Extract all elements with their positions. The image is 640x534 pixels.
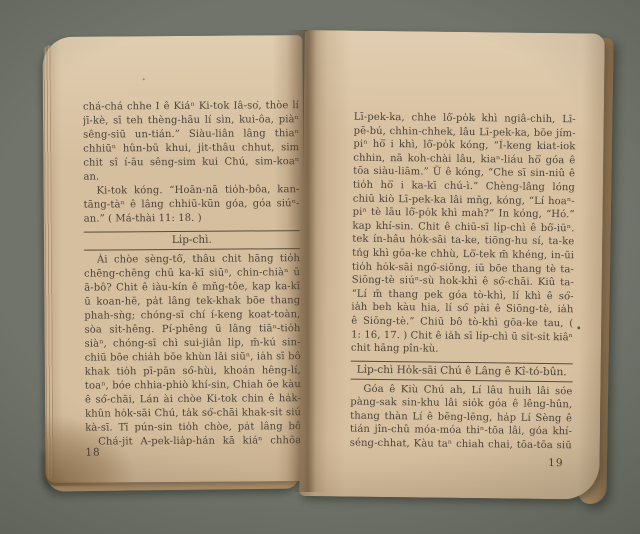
text-line: khûn ho̍k-sāi Chú, ta̍k só͘-chāi khak-si… [85,406,301,422]
text-line: toaⁿ, bóe chhia-phiò khí-sin, Chiah ōe k… [85,378,301,394]
page-number-right: 19 [548,457,564,469]
text-line: chiū bōe chia̍h bōe khùn lâi siūⁿ, ia̍h … [85,350,301,366]
section-heading: Li̍p-chì. [84,230,300,251]
text-line: Ài chòe sèng-tô͘, thâu chit hāng tio̍h l… [84,252,300,268]
page-speck [143,78,145,80]
text-line: chit sî í-āu sêng-sim kui Chú, sim-koaⁿ … [83,155,299,171]
text-line: ā-bô? Chit ê iàu-kín ê mn̄g-tôe, kap ka-… [84,280,300,296]
text-line: ū koan-hē, pa̍t lâng tek-khak bōe thang … [84,294,300,310]
text-line: phah-sǹg; chóng-sī chí í-keng koat-toàn,… [84,308,300,324]
text-line: an. [83,169,299,185]
text-line: chá-chá chhe I ê Kiáⁿ Ki-tok Iâ-so͘, thò… [83,99,299,115]
text-line: séng-chhat, Kàu taⁿ chiah chai, tōa-tōa … [350,437,572,453]
text-line: sòa si̍t-hêng. Pí-phēng ū lâng tiāⁿ-tio̍… [84,322,300,338]
text-line: kà-sī. Tī pún-sin tio̍h chòe, pa̍t lâng … [85,420,301,436]
left-page-text: chá-chá chhe I ê Kiáⁿ Ki-tok Iâ-so͘, thò… [83,99,301,449]
text-line: khak tio̍h pī-pān só͘-hùi, khoán hêng-lí… [85,364,301,380]
section-heading: Li̍p-chì Ho̍k-sāi Chú ê Lâng ê Kî-tó-bûn… [351,360,573,382]
right-page: Lī-pek-ka, chhe lô͘-po̍k khì ngiâ-chih, … [299,30,605,500]
page-speck [474,118,476,120]
text-line: ê só͘-chāi, Lán ài chòe Ki-tok chin ê ha… [85,392,301,408]
page-number-left: 18 [85,447,100,459]
text-line: Chá-ji̍t A-pek-lia̍p-hán kā kiáⁿ chhōa s… [85,434,301,450]
book-photo: chá-chá chhe I ê Kiáⁿ Ki-tok Iâ-so͘, thò… [0,0,640,534]
text-line: chit hāng pîn-kù. [351,342,573,358]
text-line: tāng-tàⁿ ê lâng chhiū-kūn góa, góa siúⁿ-… [84,197,300,213]
text-line: chhiūⁿ hûn-bū khui, ji̍t-thâu chhut, sim… [83,141,299,157]
right-page-text: Lī-pek-ka, chhe lô͘-po̍k khì ngiâ-chih, … [350,111,576,453]
text-line: jī-kè, sī teh thèng-hāu lí sìn, kui-ôa, … [83,113,299,129]
text-line: chēng-chēng chū ka-kī siūⁿ, chin-chiàⁿ ū… [84,266,300,282]
text-line: siàⁿ, chóng-sī chì sui-jiân li̍p, m̄-kú … [85,336,301,352]
left-page: chá-chá chhe I ê Kiáⁿ Ki-tok Iâ-so͘, thò… [42,35,305,483]
text-line: Ki-tok kóng. “Hoān-nā tio̍h-bôa, kan-khó… [83,183,299,199]
text-line: an.” ( Má-thài 11: 18. ) [84,211,300,227]
page-speck [577,326,580,329]
text-line: sêng-siū un-tián.” Siàu-liân lâng thiaⁿ … [83,127,299,143]
